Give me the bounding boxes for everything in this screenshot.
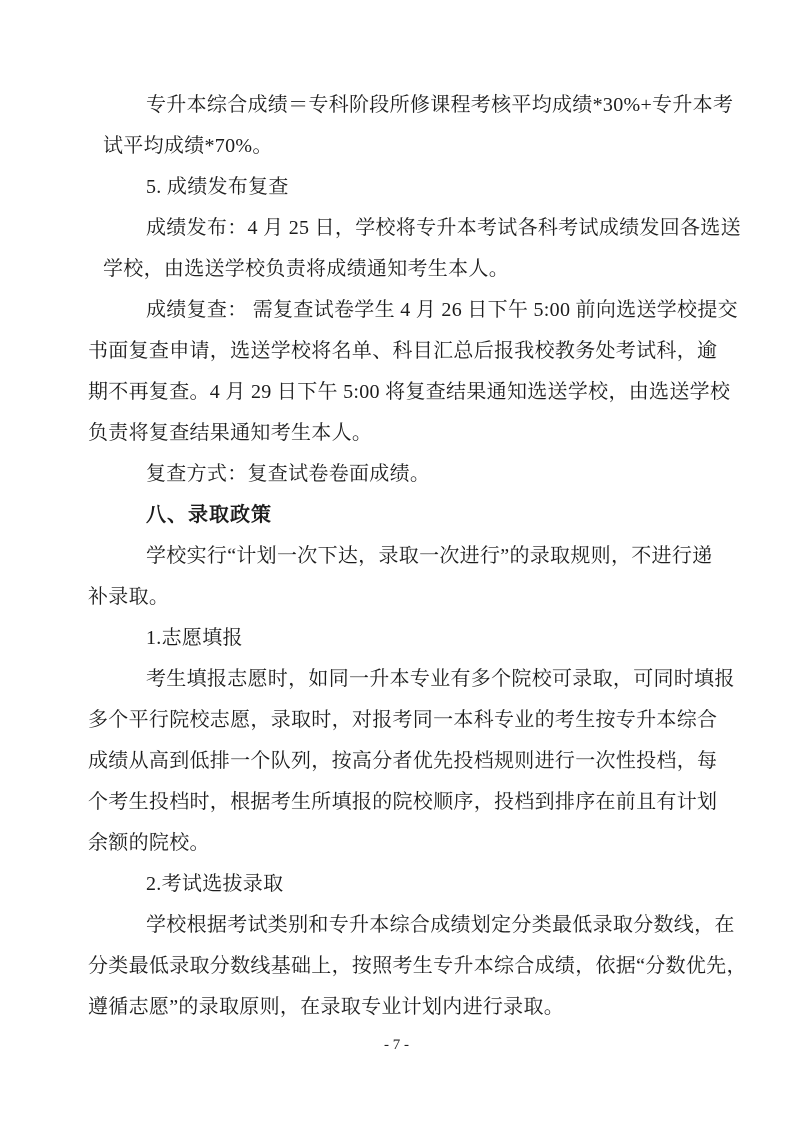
document-line: 学校实行“计划一次下达，录取一次进行”的录取规则，不进行递 bbox=[88, 536, 728, 577]
document-line: 遵循志愿”的录取原则，在录取专业计划内进行录取。 bbox=[88, 987, 728, 1028]
document-line: 学校根据考试类别和专升本综合成绩划定分类最低录取分数线，在 bbox=[88, 905, 728, 946]
page-number: - 7 - bbox=[0, 1031, 793, 1059]
document-line: 考生填报志愿时，如同一升本专业有多个院校可录取，可同时填报 bbox=[88, 659, 728, 700]
document-line: 补录取。 bbox=[88, 577, 728, 618]
document-line: 学校，由选送学校负责将成绩通知考生本人。 bbox=[88, 249, 728, 290]
document-line: 成绩从高到低排一个队列，按高分者优先投档规则进行一次性投档，每 bbox=[88, 741, 728, 782]
document-line: 个考生投档时，根据考生所填报的院校顺序，投档到排序在前且有计划 bbox=[88, 782, 728, 823]
document-line: 期不再复查。4 月 29 日下午 5:00 将复查结果通知选送学校，由选送学校 bbox=[88, 372, 728, 413]
document-body: 专升本综合成绩＝专科阶段所修课程考核平均成绩*30%+专升本考 试平均成绩*70… bbox=[88, 85, 728, 1028]
document-line: 专升本综合成绩＝专科阶段所修课程考核平均成绩*30%+专升本考 bbox=[88, 85, 728, 126]
document-line: 多个平行院校志愿，录取时，对报考同一本科专业的考生按专升本综合 bbox=[88, 700, 728, 741]
document-line: 成绩发布：4 月 25 日，学校将专升本考试各科考试成绩发回各选送 bbox=[88, 208, 728, 249]
document-line: 成绩复查： 需复查试卷学生 4 月 26 日下午 5:00 前向选送学校提交 bbox=[88, 290, 728, 331]
document-line: 1.志愿填报 bbox=[88, 618, 728, 659]
document-line: 试平均成绩*70%。 bbox=[88, 126, 728, 167]
document-line: 复查方式：复查试卷卷面成绩。 bbox=[88, 454, 728, 495]
document-line: 5. 成绩发布复查 bbox=[88, 167, 728, 208]
document-page: 专升本综合成绩＝专科阶段所修课程考核平均成绩*30%+专升本考 试平均成绩*70… bbox=[0, 0, 793, 1122]
section-heading: 八、录取政策 bbox=[88, 495, 728, 536]
document-line: 2.考试选拔录取 bbox=[88, 864, 728, 905]
document-line: 余额的院校。 bbox=[88, 823, 728, 864]
document-line: 负责将复查结果通知考生本人。 bbox=[88, 413, 728, 454]
document-line: 书面复查申请，选送学校将名单、科目汇总后报我校教务处考试科，逾 bbox=[88, 331, 728, 372]
document-line: 分类最低录取分数线基础上，按照考生专升本综合成绩，依据“分数优先， bbox=[88, 946, 728, 987]
